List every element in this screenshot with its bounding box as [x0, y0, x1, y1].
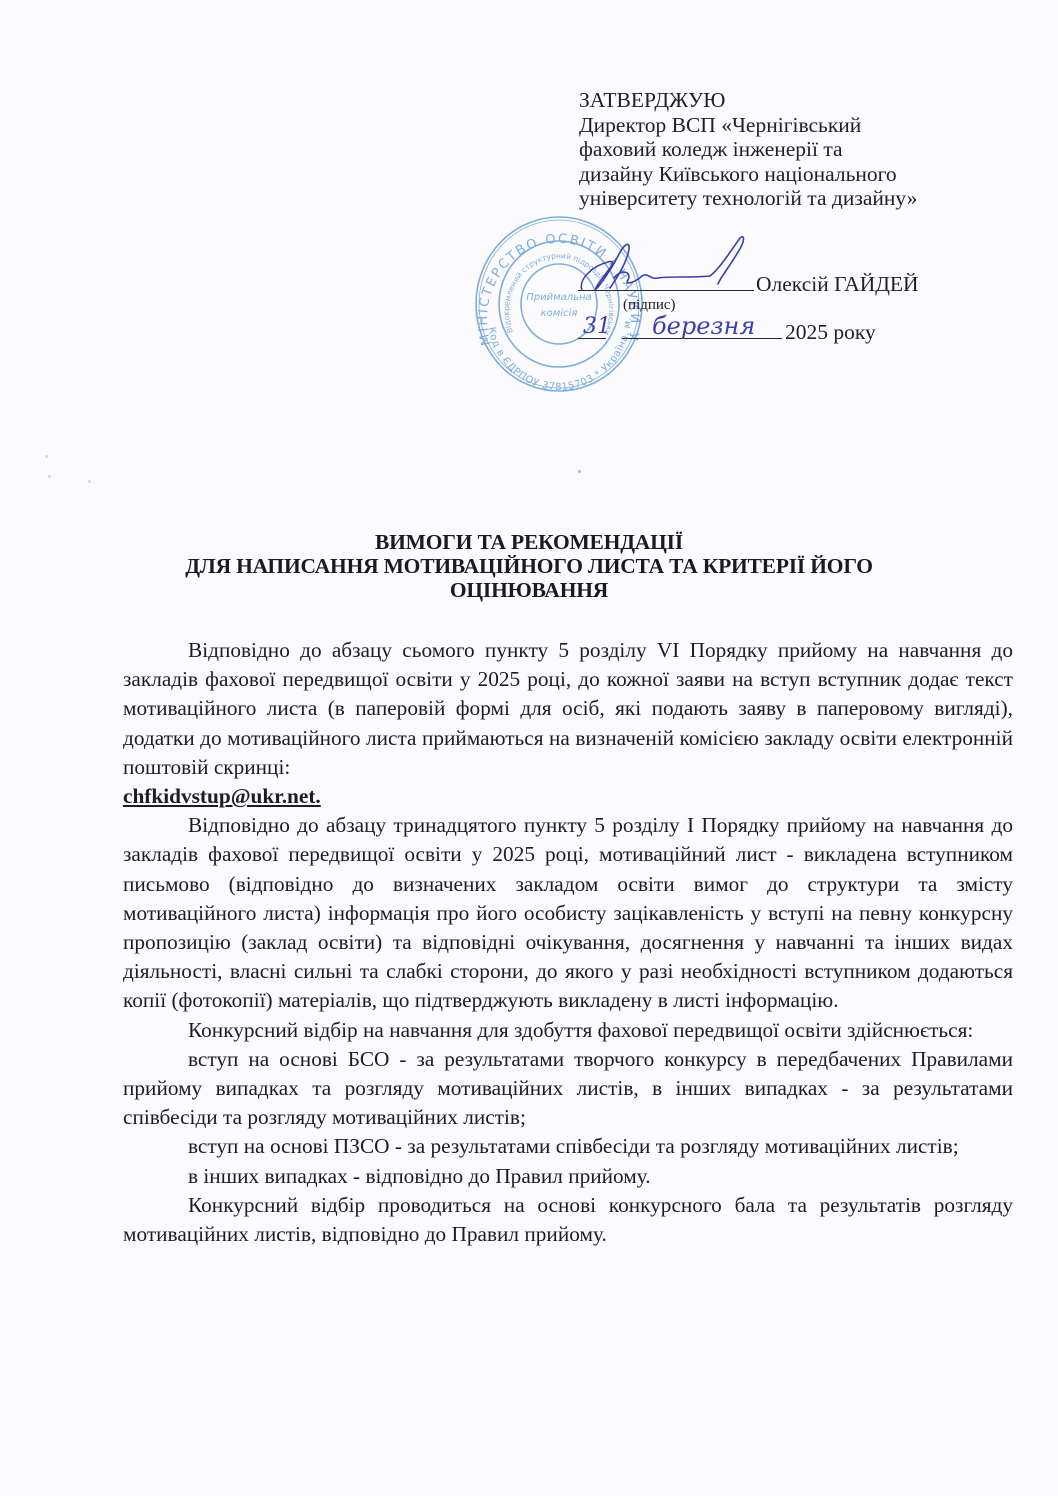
email-line: chfkidvstup@ukr.net.: [123, 782, 1013, 811]
document-body: Відповідно до абзацу сьомого пункту 5 ро…: [123, 636, 1013, 1249]
approval-block: ЗАТВЕРДЖУЮ Директор ВСП «Чернігівський ф…: [579, 88, 917, 211]
scan-speck: [45, 455, 48, 458]
date-row: 2025 року: [578, 316, 876, 345]
scan-speck: [48, 475, 51, 478]
document-title: ВИМОГИ ТА РЕКОМЕНДАЦІЇ ДЛЯ НАПИСАННЯ МОТ…: [0, 530, 1058, 602]
approval-line-4: університету технологій та дизайну»: [579, 186, 917, 211]
date-month-line: [622, 316, 782, 339]
date-day-line: [578, 316, 606, 339]
paragraph-5: вступ на основі ПЗСО - за результатами с…: [123, 1132, 1013, 1161]
stamp-center-line-2: комісія: [541, 307, 578, 319]
approval-line-2: фаховий коледж інженерії та: [579, 137, 917, 162]
paragraph-7: Конкурсний відбір проводиться на основі …: [123, 1191, 1013, 1249]
date-year: 2025 року: [785, 320, 876, 344]
title-line-2: ДЛЯ НАПИСАННЯ МОТИВАЦІЙНОГО ЛИСТА ТА КРИ…: [0, 554, 1058, 578]
admissions-email-link[interactable]: chfkidvstup@ukr.net.: [123, 784, 321, 808]
paragraph-4: вступ на основі БСО - за результатами тв…: [123, 1045, 1013, 1133]
paragraph-3: Конкурсний відбір на навчання для здобут…: [123, 1016, 1013, 1045]
paragraph-1-text: Відповідно до абзацу сьомого пункту 5 ро…: [123, 638, 1013, 779]
title-line-3: ОЦІНЮВАННЯ: [0, 578, 1058, 602]
document-page: МІНІСТЕРСТВО ОСВІТИ І НАУКИ УКРАЇНИ Відо…: [0, 0, 1058, 1496]
approval-line-1: Директор ВСП «Чернігівський: [579, 113, 917, 138]
approval-heading: ЗАТВЕРДЖУЮ: [579, 88, 917, 113]
approval-line-3: дизайну Київського національного: [579, 162, 917, 187]
handwritten-signature: [570, 232, 760, 302]
scan-speck: [88, 480, 91, 483]
scan-speck: [578, 470, 581, 473]
signer-name: Олексій ГАЙДЕЙ: [756, 272, 919, 296]
paragraph-2: Відповідно до абзацу тринадцятого пункту…: [123, 811, 1013, 1015]
title-line-1: ВИМОГИ ТА РЕКОМЕНДАЦІЇ: [0, 530, 1058, 554]
paragraph-1: Відповідно до абзацу сьомого пункту 5 ро…: [123, 636, 1013, 782]
paragraph-6: в інших випадках - відповідно до Правил …: [123, 1162, 1013, 1191]
